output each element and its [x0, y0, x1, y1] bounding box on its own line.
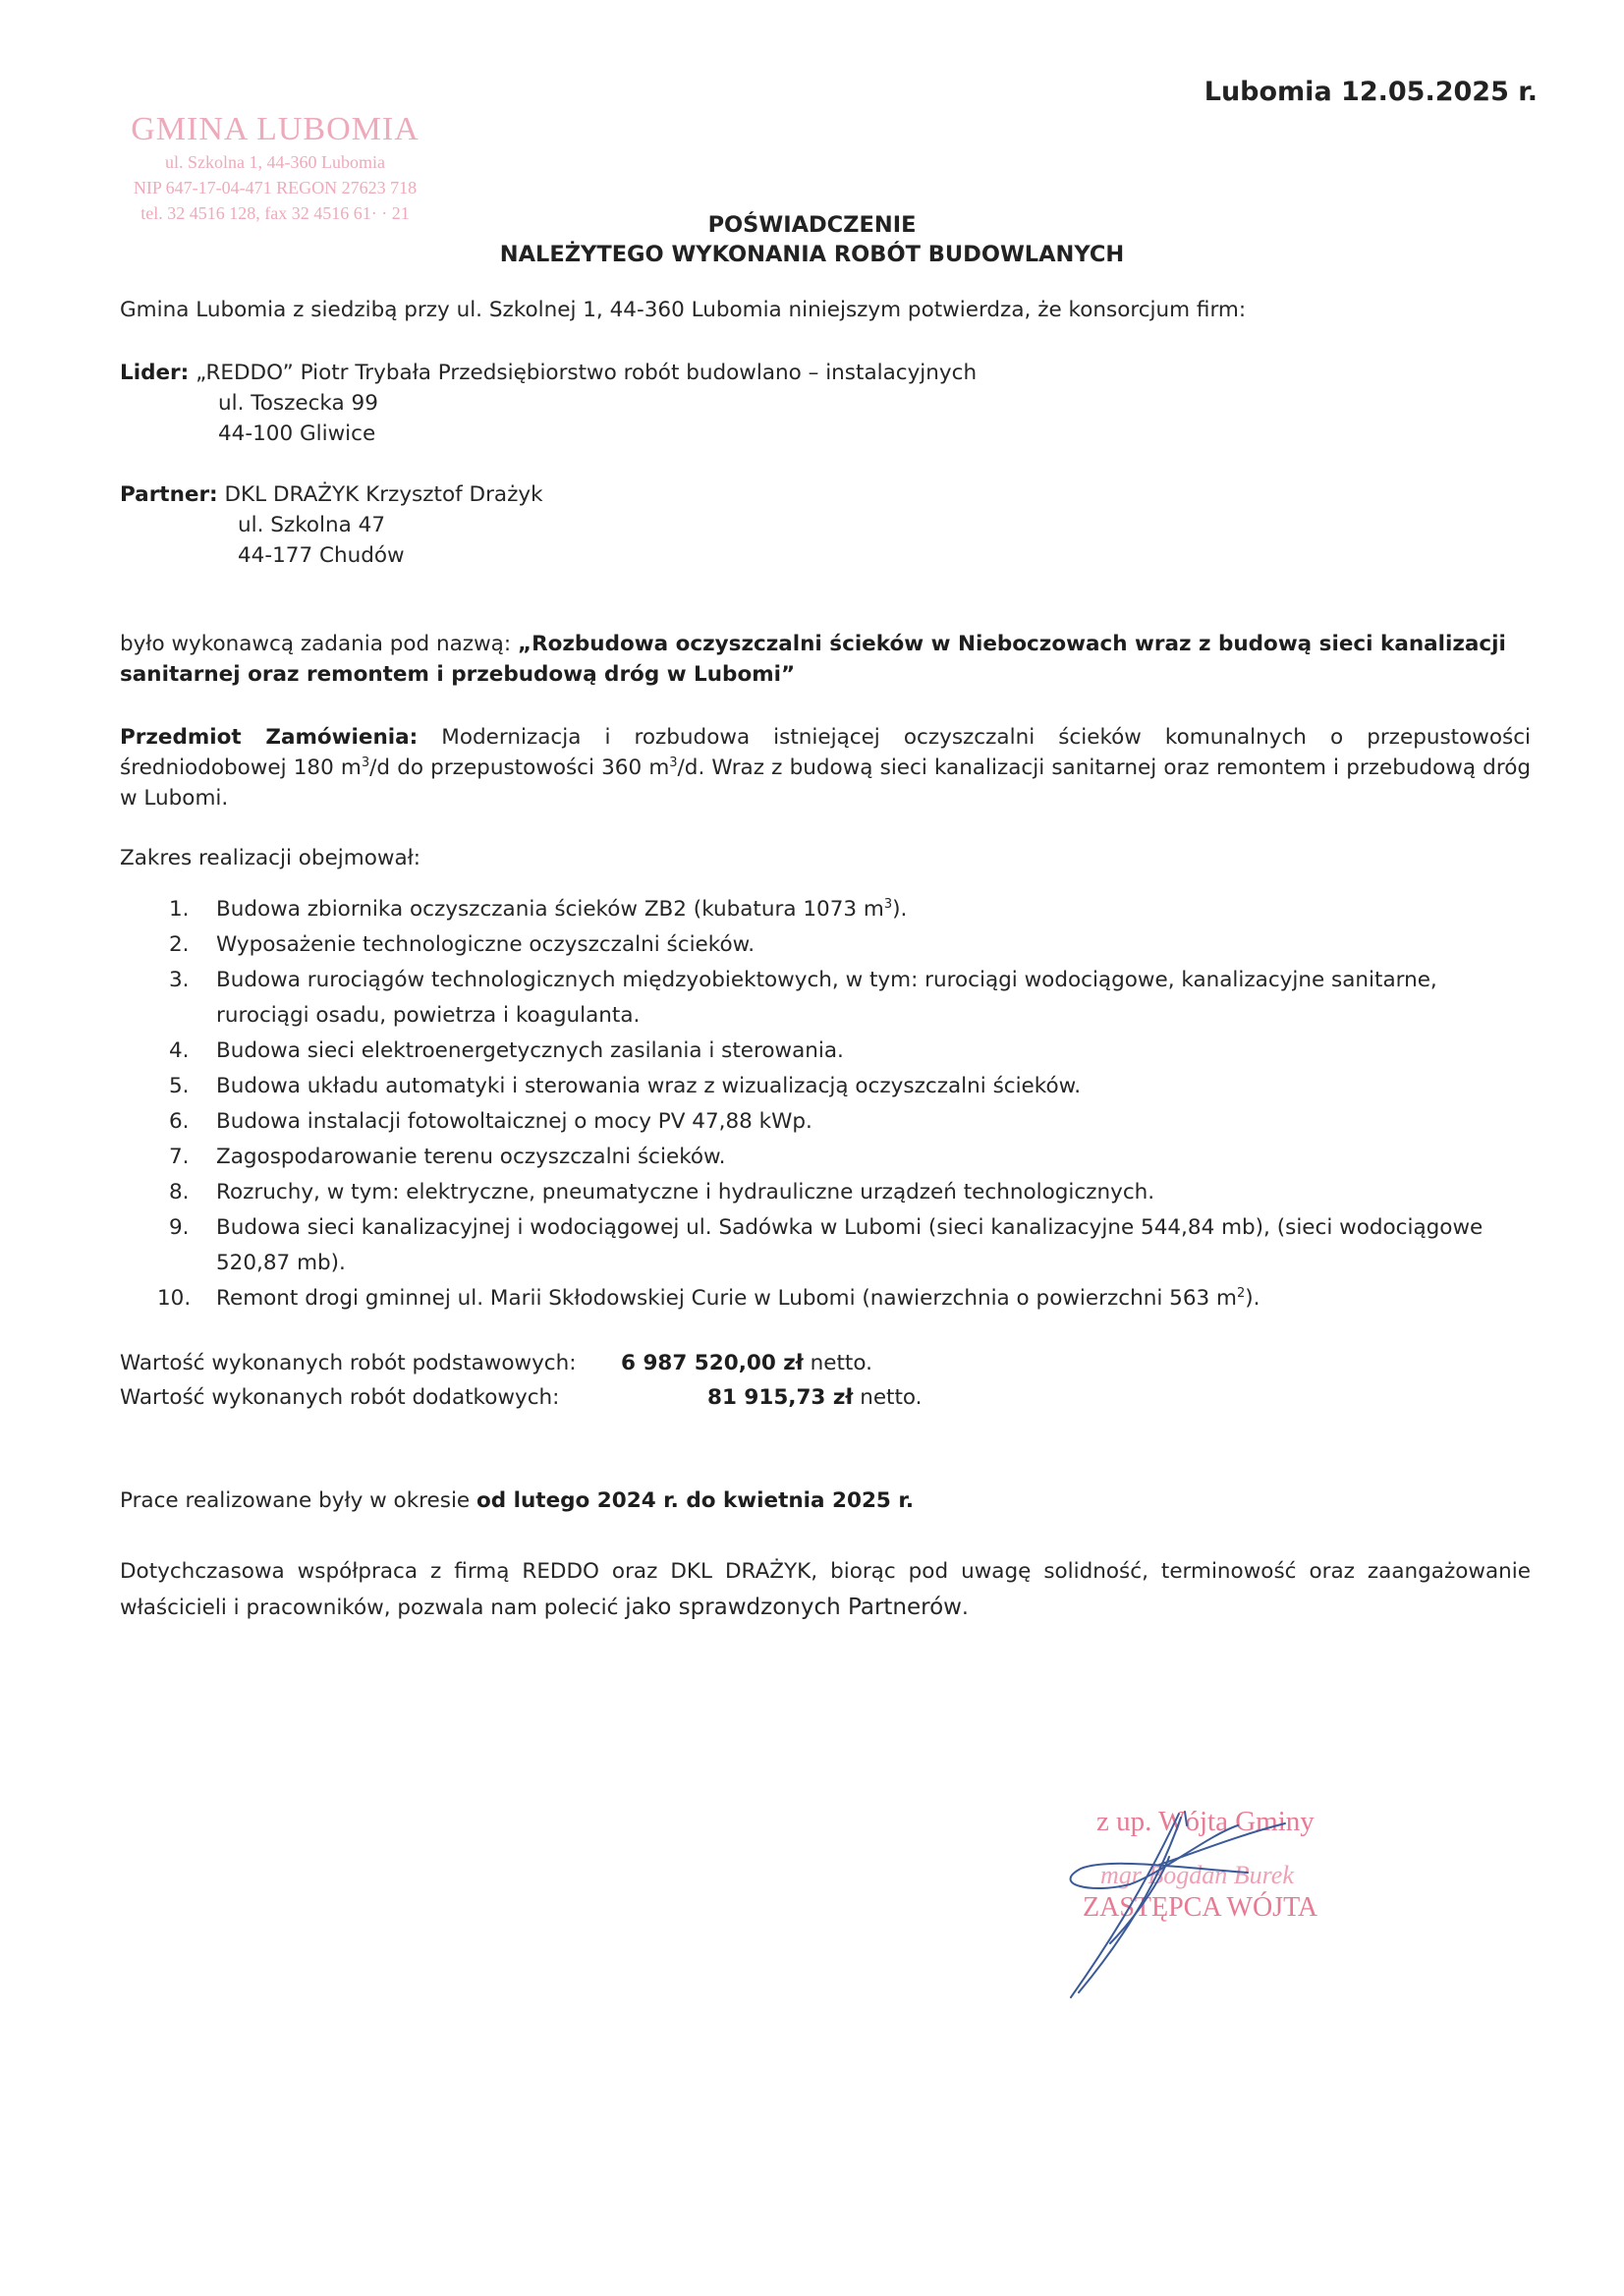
scope-list-item: 5.Budowa układu automatyki i sterowania … — [120, 1069, 1531, 1104]
intro-paragraph: Gmina Lubomia z siedzibą przy ul. Szkoln… — [120, 295, 1531, 325]
title-line-2: NALEŻYTEGO WYKONANIA ROBÓT BUDOWLANYCH — [0, 240, 1624, 269]
leader-block: Lider: „REDDO” Piotr Trybała Przedsiębio… — [120, 358, 1531, 449]
superscript: 3 — [669, 756, 677, 770]
leader-city: 44-100 Gliwice — [120, 419, 1531, 449]
basic-value-row: Wartość wykonanych robót podstawowych: 6… — [120, 1346, 577, 1380]
document-date: Lubomia 12.05.2025 r. — [1204, 77, 1538, 107]
list-item-text: Budowa rurociągów technologicznych międz… — [216, 968, 1437, 1028]
list-item-number: 1. — [169, 892, 190, 927]
basic-value-label: Wartość wykonanych robót podstawowych: — [120, 1351, 577, 1375]
list-item-number: 8. — [169, 1175, 190, 1210]
scope-list-item: 3.Budowa rurociągów technologicznych mię… — [120, 963, 1531, 1034]
list-item-tail: ). — [1245, 1286, 1260, 1311]
additional-value-amount: 81 915,73 zł — [707, 1385, 853, 1410]
leader-name: „REDDO” Piotr Trybała Przedsiębiorstwo r… — [189, 361, 977, 385]
period-range: od lutego 2024 r. do kwietnia 2025 r. — [476, 1488, 914, 1513]
list-item-text: Rozruchy, w tym: elektryczne, pneumatycz… — [216, 1180, 1154, 1204]
superscript: 2 — [1237, 1286, 1245, 1301]
scope-list-item: 8.Rozruchy, w tym: elektryczne, pneumaty… — [120, 1175, 1531, 1210]
recommendation-emphasis: jako sprawdzonych Partnerów — [625, 1595, 962, 1620]
handwritten-signature-icon — [1012, 1796, 1366, 2022]
period-paragraph: Prace realizowane były w okresie od lute… — [120, 1485, 1531, 1516]
scope-list-item: 4.Budowa sieci elektroenergetycznych zas… — [120, 1034, 1531, 1069]
scope-list-item: 1.Budowa zbiornika oczyszczania ścieków … — [120, 892, 1531, 927]
superscript: 3 — [362, 756, 369, 770]
scope-list-item: 10.Remont drogi gminnej ul. Marii Skłodo… — [120, 1281, 1531, 1316]
list-item-text: Remont drogi gminnej ul. Marii Skłodowsk… — [216, 1286, 1237, 1311]
list-item-number: 9. — [169, 1210, 190, 1246]
basic-value-suffix: netto. — [804, 1351, 872, 1375]
recommendation-paragraph: Dotychczasowa współpraca z firmą REDDO o… — [120, 1554, 1531, 1626]
title-line-1: POŚWIADCZENIE — [0, 210, 1624, 240]
list-item-number: 7. — [169, 1140, 190, 1175]
list-item-text: Budowa układu automatyki i sterowania wr… — [216, 1074, 1081, 1098]
list-item-number: 4. — [169, 1034, 190, 1069]
task-paragraph: było wykonawcą zadania pod nazwą: „Rozbu… — [120, 629, 1531, 690]
list-item-number: 2. — [169, 927, 190, 963]
partner-city: 44-177 Chudów — [120, 540, 1531, 571]
period-prefix: Prace realizowane były w okresie — [120, 1488, 476, 1513]
stamp-title: GMINA LUBOMIA — [69, 110, 481, 149]
list-item-text: Budowa sieci elektroenergetycznych zasil… — [216, 1038, 844, 1063]
list-item-number: 3. — [169, 963, 190, 998]
list-item-number: 6. — [169, 1104, 190, 1140]
values-block: Wartość wykonanych robót podstawowych: 6… — [120, 1346, 577, 1415]
additional-value-suffix: netto. — [853, 1385, 922, 1410]
subject-label: Przedmiot Zamówienia: — [120, 725, 418, 750]
leader-street: ul. Toszecka 99 — [120, 388, 1531, 419]
list-item-text: Budowa instalacji fotowoltaicznej o mocy… — [216, 1109, 812, 1134]
scope-list-item: 7.Zagospodarowanie terenu oczyszczalni ś… — [120, 1140, 1531, 1175]
document-title: POŚWIADCZENIE NALEŻYTEGO WYKONANIA ROBÓT… — [0, 210, 1624, 269]
partner-label: Partner: — [120, 482, 218, 507]
additional-value-row: Wartość wykonanych robót dodatkowych: 81… — [120, 1380, 577, 1415]
scope-list-item: 6.Budowa instalacji fotowoltaicznej o mo… — [120, 1104, 1531, 1140]
partner-block: Partner: DKL DRAŻYK Krzysztof Drażyk ul.… — [120, 479, 1531, 571]
task-prefix: było wykonawcą zadania pod nazwą: — [120, 632, 518, 656]
subject-paragraph: Przedmiot Zamówienia: Modernizacja i roz… — [120, 722, 1531, 813]
stamp-ids: NIP 647-17-04-471 REGON 27623 718 — [69, 175, 481, 200]
subject-text: /d do przepustowości 360 m — [369, 756, 669, 780]
partner-street: ul. Szkolna 47 — [120, 510, 1531, 540]
list-item-text: Wyposażenie technologiczne oczyszczalni … — [216, 932, 755, 957]
partner-name: DKL DRAŻYK Krzysztof Drażyk — [218, 482, 543, 507]
list-item-number: 10. — [157, 1281, 191, 1316]
list-item-text: Zagospodarowanie terenu oczyszczalni ści… — [216, 1145, 725, 1169]
superscript: 3 — [884, 897, 892, 912]
list-item-text: Budowa zbiornika oczyszczania ścieków ZB… — [216, 897, 884, 922]
municipality-stamp: GMINA LUBOMIA ul. Szkolna 1, 44-360 Lubo… — [69, 110, 481, 226]
leader-label: Lider: — [120, 361, 189, 385]
basic-value-amount: 6 987 520,00 zł — [621, 1351, 804, 1375]
additional-value-label: Wartość wykonanych robót dodatkowych: — [120, 1385, 559, 1410]
stamp-address: ul. Szkolna 1, 44-360 Lubomia — [69, 149, 481, 175]
scope-heading: Zakres realizacji obejmował: — [120, 843, 1531, 873]
scope-list-item: 9.Budowa sieci kanalizacyjnej i wodociąg… — [120, 1210, 1531, 1281]
list-item-number: 5. — [169, 1069, 190, 1104]
recommendation-end: . — [962, 1596, 969, 1620]
list-item-tail: ). — [892, 897, 907, 922]
list-item-text: Budowa sieci kanalizacyjnej i wodociągow… — [216, 1215, 1483, 1275]
scope-list: 1.Budowa zbiornika oczyszczania ścieków … — [120, 892, 1531, 1316]
scope-list-item: 2.Wyposażenie technologiczne oczyszczaln… — [120, 927, 1531, 963]
